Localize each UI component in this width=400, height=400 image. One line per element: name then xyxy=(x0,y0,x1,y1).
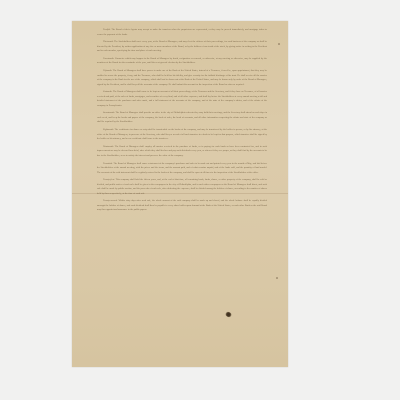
paragraph-lead: Fifteenth. xyxy=(103,69,112,72)
document-page: Twelfth. The Board of their Agents may a… xyxy=(72,21,288,367)
paragraph-twenty-first: Twenty-first. This company shall hold th… xyxy=(97,178,267,196)
paragraph-text: Within sixty days after such sale, the w… xyxy=(97,199,267,211)
paragraph-lead: Thirteenth. xyxy=(103,40,114,43)
paragraph-text: The Board of their Agents may accept or … xyxy=(97,28,267,36)
paragraph-text: The Stockholders shall meet every year, … xyxy=(97,40,267,52)
paragraph-text: The Board of Managers shall have power t… xyxy=(97,69,267,86)
paragraph-text: Vacancies which may happen in the Board … xyxy=(97,57,267,65)
paragraph-lead: Seventeenth. xyxy=(103,111,115,114)
paragraph-fourteenth: Fourteenth. Vacancies which may happen i… xyxy=(97,57,267,66)
paragraph-twentieth: Twentieth. The Board of Managers shall c… xyxy=(97,162,267,176)
paragraph-text: The Board of Managers shall cause a stat… xyxy=(97,162,267,174)
paragraph-lead: Fourteenth. xyxy=(103,57,114,60)
paragraph-lead: Twelfth. xyxy=(103,28,111,31)
paper-speck xyxy=(276,277,278,279)
paragraph-lead: Twenty-first. xyxy=(103,178,115,181)
paragraph-lead: Nineteenth. xyxy=(103,145,114,148)
paragraph-lead: Twentieth. xyxy=(103,162,113,165)
paragraph-seventeenth: Seventeenth. The Board of Managers shall… xyxy=(97,111,267,125)
paragraph-text: The Board of Managers shall cause to be … xyxy=(97,90,267,107)
paragraph-eighteenth: Eighteenth. The certificates for shares … xyxy=(97,128,267,142)
ink-blot-mark xyxy=(224,311,232,318)
paragraph-text: The Board of Managers shall employ all m… xyxy=(97,145,267,157)
paragraph-twelfth: Twelfth. The Board of their Agents may a… xyxy=(97,28,267,37)
paragraph-thirteenth: Thirteenth. The Stockholders shall meet … xyxy=(97,40,267,54)
paper-speck xyxy=(278,43,280,45)
paragraph-text: The Board of Managers shall provide an o… xyxy=(97,111,267,123)
paragraph-sixteenth: Sixteenth. The Board of Managers shall c… xyxy=(97,90,267,108)
paragraph-text: This company shall hold the fifteen year… xyxy=(97,178,267,195)
paragraph-lead: Eighteenth. xyxy=(103,128,114,131)
document-body: Twelfth. The Board of their Agents may a… xyxy=(97,28,267,216)
paragraph-lead: Twenty-second. xyxy=(103,199,118,202)
paragraph-fifteenth: Fifteenth. The Board of Managers shall h… xyxy=(97,69,267,87)
paragraph-text: The certificates for shares or scrip sha… xyxy=(97,128,267,140)
paragraph-nineteenth: Nineteenth. The Board of Managers shall … xyxy=(97,145,267,159)
paragraph-twenty-second: Twenty-second. Within sixty days after s… xyxy=(97,199,267,213)
paragraph-lead: Sixteenth. xyxy=(103,90,112,93)
